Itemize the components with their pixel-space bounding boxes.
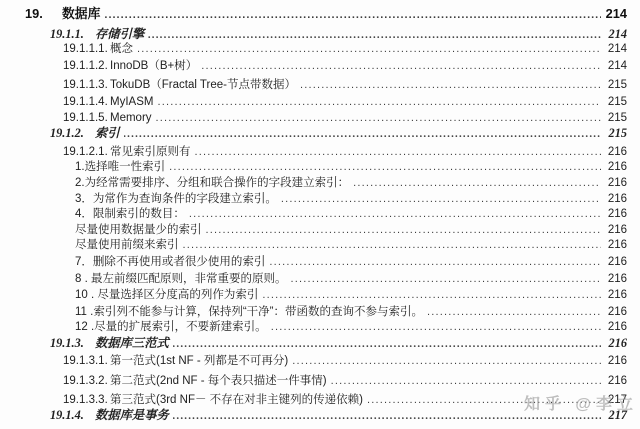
dot-leader-icon	[353, 176, 601, 192]
toc-entry-page: 216	[604, 145, 627, 161]
dot-leader-icon	[157, 95, 601, 111]
toc-row: 尽量使用数据量少的索引 216	[25, 223, 627, 239]
toc-row: 11 .索引列不能参与计算，保持列“干净”：带函数的查询不参与索引。 216	[25, 305, 627, 321]
toc-entry-number: 19.	[25, 6, 62, 22]
toc-entry-title: 3．为常作为查询条件的字段建立索引。	[75, 192, 277, 208]
toc-row: 19.1.3.1. 第一范式(1st NF - 列都是不可再分) 216	[25, 354, 627, 370]
dot-leader-icon	[169, 160, 601, 176]
toc-entry-page: 214	[604, 59, 627, 75]
toc-entry-page: 214	[604, 42, 627, 58]
dot-leader-icon	[269, 255, 601, 271]
toc-entry-page: 214	[604, 27, 627, 43]
toc-row: 12 .尽量的扩展索引，不要新建索引。 216	[25, 320, 627, 336]
toc-entry-page: 214	[604, 6, 627, 22]
toc-entry-number: 19.1.1.4.	[63, 95, 110, 111]
toc-entry-title: 第二范式(2nd NF - 每个表只描述一件事情)	[110, 374, 327, 390]
toc-entry-number: 19.1.1.2.	[63, 59, 110, 75]
dot-leader-icon	[427, 305, 601, 321]
toc-entry-title: 索引	[95, 126, 120, 142]
toc-entry-page: 216	[604, 272, 627, 288]
toc-row: 19.1.2. 索引 215	[25, 126, 627, 142]
toc-entry-title: 概念	[110, 42, 133, 58]
toc-entry-page: 215	[604, 126, 627, 142]
dot-leader-icon	[331, 374, 601, 390]
toc-entry-title: 7．删除不再使用或者很少使用的索引	[75, 255, 265, 271]
toc-entry-title: 4．限制索引的数目：	[75, 207, 185, 223]
toc-entry-title: 数据库	[62, 6, 100, 22]
toc-row: 19.1.1.5. Memory 215	[25, 111, 627, 127]
toc-list: 19. 数据库 214 19.1.1. 存储引擎 214 19.1.1.1. 概…	[25, 6, 627, 424]
dot-leader-icon	[281, 192, 601, 208]
toc-entry-page: 216	[604, 255, 627, 271]
toc-entry-page: 215	[604, 111, 627, 127]
toc-entry-title: 存储引擎	[95, 27, 144, 43]
dot-leader-icon	[148, 27, 601, 44]
toc-entry-title: 8 . 最左前缀匹配原则，非常重要的原则。	[75, 272, 286, 288]
dot-leader-icon	[292, 354, 601, 370]
toc-row: 19.1.1.3. TokuDB（Fractal Tree-节点带数据） 215	[25, 78, 627, 94]
dot-leader-icon	[195, 145, 602, 161]
toc-entry-page: 216	[604, 223, 627, 239]
toc-entry-number: 19.1.1.1.	[63, 42, 110, 58]
toc-entry-title: 11 .索引列不能参与计算，保持列“干净”：带函数的查询不参与索引。	[75, 305, 423, 321]
dot-leader-icon	[262, 288, 601, 304]
dot-leader-icon	[300, 78, 601, 94]
toc-entry-page: 216	[604, 176, 627, 192]
toc-entry-page: 216	[604, 320, 627, 336]
toc-entry-number: 19.1.3.1.	[63, 354, 110, 370]
toc-entry-title: 数据库三范式	[95, 336, 169, 352]
toc-row: 7．删除不再使用或者很少使用的索引 216	[25, 255, 627, 271]
toc-entry-number: 19.1.3.	[50, 336, 95, 352]
toc-row: 19.1.1.2. InnoDB（B+树） 214	[25, 59, 627, 75]
toc-entry-page: 217	[604, 408, 627, 424]
toc-entry-title: 数据库是事务	[95, 408, 169, 424]
toc-entry-title: 尽量使用数据量少的索引	[75, 223, 202, 239]
toc-entry-title: TokuDB（Fractal Tree-节点带数据）	[110, 78, 296, 94]
toc-entry-page: 216	[604, 374, 627, 390]
toc-entry-title: 第一范式(1st NF - 列都是不可再分)	[110, 354, 288, 370]
toc-entry-title: 2.为经常需要排序、分组和联合操作的字段建立索引：	[75, 176, 349, 192]
toc-row: 19.1.1.4. MyIASM 215	[25, 95, 627, 111]
toc-entry-page: 216	[604, 288, 627, 304]
toc-entry-number: 19.1.2.	[50, 126, 95, 142]
dot-leader-icon	[189, 207, 601, 223]
toc-row: 19.1.4. 数据库是事务 217	[25, 408, 627, 424]
toc-row: 8 . 最左前缀匹配原则，非常重要的原则。 216	[25, 272, 627, 288]
toc-row: 1.选择唯一性索引 216	[25, 160, 627, 176]
toc-entry-title: 常见索引原则有	[110, 145, 191, 161]
toc-entry-number: 19.1.3.2.	[63, 374, 110, 390]
toc-entry-title: 10 . 尽量选择区分度高的列作为索引	[75, 288, 258, 304]
toc-entry-number: 19.1.2.1.	[63, 145, 110, 161]
toc-entry-number: 19.1.1.3.	[63, 78, 110, 94]
toc-entry-number: 19.1.3.3.	[63, 393, 110, 409]
dot-leader-icon	[367, 393, 601, 409]
toc-entry-page: 215	[604, 78, 627, 94]
document-toc-page: 19. 数据库 214 19.1.1. 存储引擎 214 19.1.1.1. 概…	[0, 0, 640, 429]
dot-leader-icon	[183, 238, 602, 254]
toc-row: 19.1.1.1. 概念 214	[25, 42, 627, 58]
toc-row: 19.1.2.1. 常见索引原则有 216	[25, 145, 627, 161]
dot-leader-icon	[173, 336, 601, 353]
toc-entry-page: 217	[604, 393, 627, 409]
toc-entry-title: 12 .尽量的扩展索引，不要新建索引。	[75, 320, 267, 336]
dot-leader-icon	[104, 6, 601, 24]
toc-row: 尽量使用前缀来索引 216	[25, 238, 627, 254]
toc-row: 19.1.3.2. 第二范式(2nd NF - 每个表只描述一件事情) 216	[25, 374, 627, 390]
toc-row: 10 . 尽量选择区分度高的列作为索引 216	[25, 288, 627, 304]
toc-entry-page: 216	[604, 160, 627, 176]
toc-entry-page: 216	[604, 305, 627, 321]
toc-entry-number: 19.1.1.5.	[63, 111, 110, 127]
toc-entry-number: 19.1.4.	[50, 408, 95, 424]
toc-row: 19.1.3. 数据库三范式 216	[25, 336, 627, 352]
toc-row: 19. 数据库 214	[25, 6, 627, 22]
dot-leader-icon	[271, 320, 601, 336]
dot-leader-icon	[206, 223, 602, 239]
dot-leader-icon	[201, 59, 601, 75]
toc-row: 3．为常作为查询条件的字段建立索引。 216	[25, 192, 627, 208]
toc-entry-title: 1.选择唯一性索引	[75, 160, 165, 176]
toc-row: 19.1.3.3. 第三范式(3rd NF－ 不存在对非主键列的传递依赖) 21…	[25, 393, 627, 409]
toc-entry-title: InnoDB（B+树）	[110, 59, 197, 75]
toc-entry-page: 216	[604, 192, 627, 208]
toc-entry-title: Memory	[110, 111, 152, 127]
toc-entry-page: 216	[604, 336, 627, 352]
toc-entry-title: 尽量使用前缀来索引	[75, 238, 179, 254]
toc-row: 4．限制索引的数目： 216	[25, 207, 627, 223]
toc-row: 19.1.1. 存储引擎 214	[25, 27, 627, 43]
toc-row: 2.为经常需要排序、分组和联合操作的字段建立索引： 216	[25, 176, 627, 192]
dot-leader-icon	[156, 111, 601, 127]
toc-entry-page: 216	[604, 354, 627, 370]
toc-entry-page: 216	[604, 207, 627, 223]
dot-leader-icon	[173, 408, 601, 425]
dot-leader-icon	[137, 42, 601, 58]
toc-entry-number: 19.1.1.	[50, 27, 95, 43]
toc-entry-page: 216	[604, 238, 627, 254]
toc-entry-title: MyIASM	[110, 95, 153, 111]
dot-leader-icon	[290, 272, 601, 288]
toc-entry-title: 第三范式(3rd NF－ 不存在对非主键列的传递依赖)	[110, 393, 363, 409]
dot-leader-icon	[124, 126, 601, 143]
toc-entry-page: 215	[604, 95, 627, 111]
